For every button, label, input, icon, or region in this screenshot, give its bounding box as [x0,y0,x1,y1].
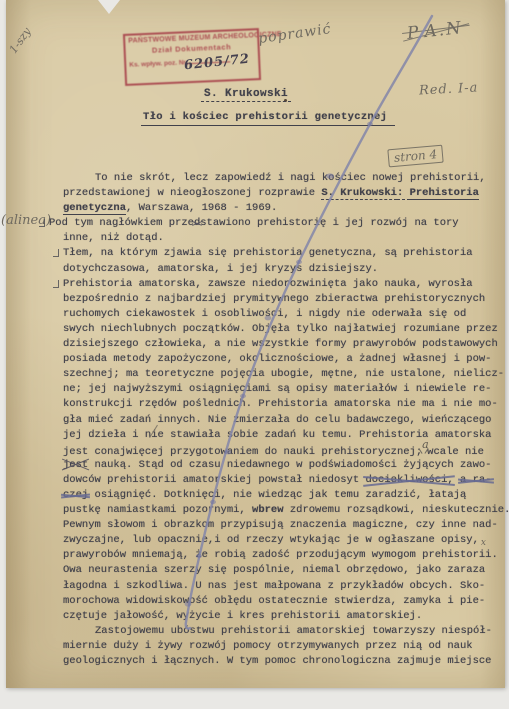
struck-text: a ra- [460,474,492,486]
typed-line: jest nauką. Stąd od czasu niedawnego w p… [63,458,507,473]
typed-line: Prehistoria amatorska, zawsze niedorozwi… [63,277,507,292]
typed-text: bezpośrednio z najbardziej prymitywnego … [63,293,485,305]
typed-line: Pod tym nagłówkiem przedstawiono prehist… [49,216,507,231]
typed-line: morochowa widowiskowość obłędu ostateczn… [63,594,507,609]
typed-text: stawiono prehistorię i jej rozwój na tor… [200,217,458,229]
struck-text: czej [63,489,88,501]
typed-line: czej osiągnięć. Dotknięci, nie wiedząc j… [63,488,507,503]
typed-text: To nie skrót, lecz zapowiedź i nagi kośc… [95,172,486,184]
typed-line: posiada metody zapożyczone, okoliczności… [63,352,507,367]
typed-line: ne; jej najwyższymi osiągnięciami są opi… [63,382,507,397]
typed-body: To nie skrót, lecz zapowiedź i nagi kośc… [63,171,507,669]
typed-text: geologicznych i łącznych. W tym pomoc ch… [63,655,491,667]
typed-text: zwyczajne, lub opacznie,i od rzeczy wtyk… [63,534,479,546]
typed-text: pustkę namiastkami pozornymi, [63,504,252,516]
paragraph-mark-icon [53,280,59,288]
typed-text: Tłem, na którym zjawia się prehistoria g… [63,247,473,259]
document-title: Tło i kościec prehistorii genetycznej [141,111,395,126]
typed-text: przedstawionej w nieogłoszonej rozprawie [63,187,321,199]
typed-line: konstrukcji rzędów poślednich. Prehistor… [63,397,507,412]
typed-line: To nie skrót, lecz zapowiedź i nagi kośc… [63,171,507,186]
document-author: S. Krukowski [201,88,291,102]
paper-tear-notch [98,0,120,14]
typed-line: Tłem, na którym zjawia się prehistoria g… [63,246,507,261]
typed-text: : [397,187,410,200]
typed-line: miernie duży i żywy rozwój pomocy otrzym… [63,639,507,654]
typed-text: miernie duży i żywy rozwój pomocy otrzym… [63,640,473,652]
typed-text: nauką. Stąd od czasu niedawnego w podświ… [88,459,491,471]
typed-text: d [194,217,200,229]
typed-text: Prehistoria amatorska, zawsze niedorozwi… [63,278,473,290]
typed-text: zdrowemu rozsądkowi, nieskutecznie. [284,504,509,516]
typed-text: S. Krukowski [321,187,397,200]
typed-text: jej dzieła i [63,429,145,441]
paragraph-mark-icon [53,249,59,257]
typed-text: inne, niż dotąd. [63,232,164,244]
stamp-register-text: Ks. wpływ. poz. Nr [129,59,186,68]
inserted-letter: a [422,437,427,452]
typed-line: dzisiejszego człowieka, a nie wszystkie … [63,337,507,352]
typed-line: swych niechlubnych początków. Objęła tyl… [63,322,507,337]
typed-line: zwyczajne, lub opacznie,i od rzeczy wtyk… [63,533,507,548]
typed-text: Zastojowemu ubóstwu prehistorii amatorsk… [95,625,492,637]
typed-text: szechnej; ma teoretyczne pojęcia ubogie,… [63,368,504,380]
typed-text: posiada metody zapożyczone, okoliczności… [63,353,491,365]
typed-line: Pewnym słowom i obrazkom przypisują znac… [63,518,507,533]
pencil-x-mark: x [481,538,486,548]
typed-text: , Warszawa, 1968 - 1969. [126,202,277,214]
typed-text: gła mieć zadań innych. Nie zmierzała do … [63,414,491,426]
paragraph-mark-icon [39,219,45,227]
typed-line: inne, niż dotąd. [63,231,507,246]
typed-line: szechnej; ma teoretyczne pojęcia ubogie,… [63,367,507,382]
typed-text: Pod tym nagłówkiem prze [49,217,194,229]
typed-text: Owa neurastenia szerzy się pospólnie, ni… [63,564,485,576]
typed-line: bezpośrednio z najbardziej prymitywnego … [63,292,507,307]
typed-line: dotychczasowa, amatorska, i jej kryzys d… [63,262,507,277]
typed-line: Owa neurastenia szerzy się pospólnie, ni… [63,563,507,578]
typed-text: wbrew [252,504,284,516]
typed-line: pustkę namiastkami pozornymi, wbrew zdro… [63,503,507,518]
scanned-page: PAŃSTWOWE MUZEUM ARCHEOLOGICZNE Dział Do… [0,0,509,709]
typed-line: jej dzieła i nie stawiała sobie zadań ku… [63,428,507,443]
typed-text: genetyczna [63,202,126,215]
typed-line: prawyrobów mniemają, że robią zadość prz… [63,548,507,563]
typed-line: genetyczna, Warszawa, 1968 - 1969. [63,201,507,216]
typed-line: łagodna i szkodliwa. U nas jest małpowan… [63,579,507,594]
typed-text: jest [63,459,88,471]
typed-text: dowców prehistorii amatorskiej powstał n… [63,474,365,486]
struck-text: dociekliwości, [365,474,453,486]
typed-line: czętuje jałowość, wyżycie i kres prehist… [63,609,507,624]
typed-text: dzisiejszego człowieka, a nie wszystkie … [63,338,498,350]
typed-text: Prehistoria [410,187,479,200]
typed-line: ruchomych ciekawostek i osobliwości, i n… [63,307,507,322]
typed-text: konstrukcji rzędów poślednich. Prehistor… [63,398,498,410]
typed-line: Zastojowemu ubóstwu prehistorii amatorsk… [63,624,507,639]
typed-line: dowców prehistorii amatorskiej powstał n… [63,473,507,488]
typed-text: czętuje jałowość, wyżycie i kres prehist… [63,610,422,622]
typed-text: dotychczasowa, amatorska, i jej kryzys d… [63,263,378,275]
typed-text: ruchomych ciekawostek i osobliwości, i n… [63,308,466,320]
handwritten-editor-note: Red. I-a [419,80,479,98]
typed-text: nie [145,429,164,441]
typed-line: gła mieć zadań innych. Nie zmierzała do … [63,413,507,428]
typed-text: swych niechlubnych początków. Objęła tyl… [63,323,498,335]
typed-text: łagodna i szkodliwa. U nas jest małpowan… [63,580,485,592]
typed-text: morochowa widowiskowość obłędu ostateczn… [63,595,485,607]
typed-text: jest conajwięcej przygotowaniem do nauki… [63,446,422,458]
typed-line: jest conajwięcej przygotowaniem do nauki… [63,443,507,458]
typed-text: Pewnym słowom i obrazkom przypisują znac… [63,519,498,531]
typed-line: geologicznych i łącznych. W tym pomoc ch… [63,654,507,669]
typed-text: osiągnięć. Dotknięci, nie wiedząc jak te… [88,489,466,501]
typed-text: stawiała sobie zadań ku temu. Prehistori… [164,429,492,441]
typed-text: prawyrobów mniemają, że robią zadość prz… [63,549,498,561]
typed-text: wcale nie [427,446,484,458]
typed-text: ne; jej najwyższymi osiągnięciami są opi… [63,383,491,395]
typed-line: przedstawionej w nieogłoszonej rozprawie… [63,186,507,201]
